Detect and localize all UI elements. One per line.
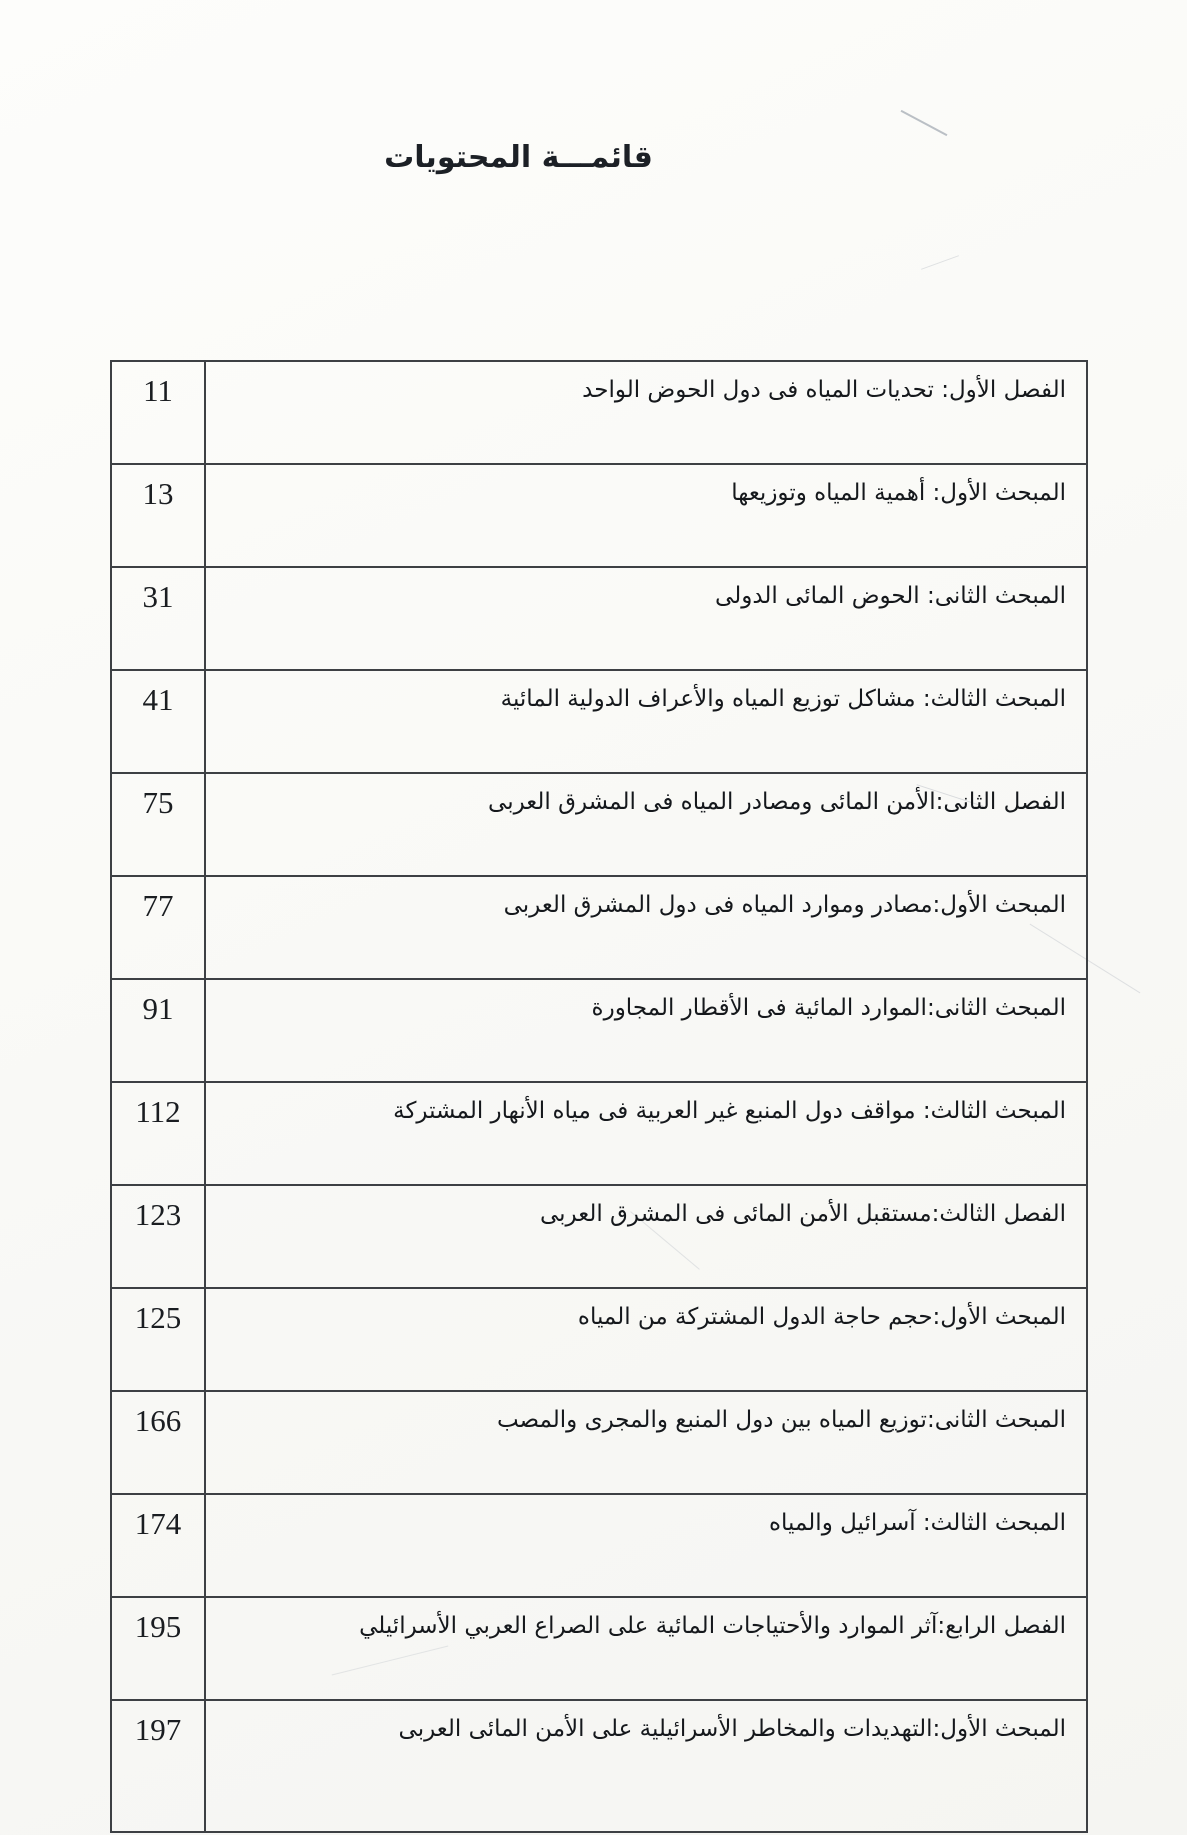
toc-entry-page-number: 174: [111, 1494, 205, 1597]
table-row: الفصل الأول: تحديات المياه فى دول الحوض …: [111, 361, 1087, 464]
table-row: المبحث الثالث: مشاكل توزيع المياه والأعر…: [111, 670, 1087, 773]
toc-entry-title: الفصل الأول: تحديات المياه فى دول الحوض …: [205, 361, 1087, 464]
scan-crease: [901, 110, 948, 136]
toc-entry-page-number: 166: [111, 1391, 205, 1494]
table-row: المبحث الثانى: الحوض المائى الدولى 31: [111, 567, 1087, 670]
table-row: المبحث الثالث: مواقف دول المنبع غير العر…: [111, 1082, 1087, 1185]
toc-entry-title: المبحث الثانى:الموارد المائية فى الأقطار…: [205, 979, 1087, 1082]
toc-entry-title: المبحث الثالث: مواقف دول المنبع غير العر…: [205, 1082, 1087, 1185]
table-row: الفصل الرابع:آثر الموارد والأحتياجات الم…: [111, 1597, 1087, 1700]
toc-table: الفصل الأول: تحديات المياه فى دول الحوض …: [110, 360, 1088, 1833]
toc-entry-page-number: 31: [111, 567, 205, 670]
page-title: قائمـــة المحتويات: [0, 140, 1037, 175]
toc-entry-title: الفصل الثالث:مستقبل الأمن المائى فى المش…: [205, 1185, 1087, 1288]
toc-entry-title: المبحث الثانى:توزيع المياه بين دول المنب…: [205, 1391, 1087, 1494]
scan-crease: [921, 255, 959, 270]
toc-entry-page-number: 91: [111, 979, 205, 1082]
toc-entry-page-number: 41: [111, 670, 205, 773]
toc-entry-page-number: 125: [111, 1288, 205, 1391]
toc-entry-title: الفصل الرابع:آثر الموارد والأحتياجات الم…: [205, 1597, 1087, 1700]
toc-entry-title: الفصل الثانى:الأمن المائى ومصادر المياه …: [205, 773, 1087, 876]
table-row: المبحث الأول: أهمية المياه وتوزيعها 13: [111, 464, 1087, 567]
toc-entry-page-number: 123: [111, 1185, 205, 1288]
toc-entry-page-number: 77: [111, 876, 205, 979]
toc-entry-page-number: 11: [111, 361, 205, 464]
toc-entry-title: المبحث الأول: أهمية المياه وتوزيعها: [205, 464, 1087, 567]
toc-entry-title: المبحث الأول:حجم حاجة الدول المشتركة من …: [205, 1288, 1087, 1391]
toc-entry-title: المبحث الثانى: الحوض المائى الدولى: [205, 567, 1087, 670]
toc-entry-title: المبحث الثالث: آسرائيل والمياه: [205, 1494, 1087, 1597]
toc-entry-page-number: 197: [111, 1700, 205, 1832]
table-row: المبحث الأول:التهديدات والمخاطر الأسرائي…: [111, 1700, 1087, 1832]
toc-entry-page-number: 112: [111, 1082, 205, 1185]
table-row: المبحث الثانى:الموارد المائية فى الأقطار…: [111, 979, 1087, 1082]
toc-entry-title: المبحث الثالث: مشاكل توزيع المياه والأعر…: [205, 670, 1087, 773]
toc-entry-title: المبحث الأول:التهديدات والمخاطر الأسرائي…: [205, 1700, 1087, 1832]
table-row: المبحث الثانى:توزيع المياه بين دول المنب…: [111, 1391, 1087, 1494]
toc-entry-page-number: 195: [111, 1597, 205, 1700]
table-row: الفصل الثالث:مستقبل الأمن المائى فى المش…: [111, 1185, 1087, 1288]
toc-entry-title: المبحث الأول:مصادر وموارد المياه فى دول …: [205, 876, 1087, 979]
table-row: الفصل الثانى:الأمن المائى ومصادر المياه …: [111, 773, 1087, 876]
toc-entry-page-number: 75: [111, 773, 205, 876]
toc-entry-page-number: 13: [111, 464, 205, 567]
table-row: المبحث الثالث: آسرائيل والمياه 174: [111, 1494, 1087, 1597]
table-row: المبحث الأول:حجم حاجة الدول المشتركة من …: [111, 1288, 1087, 1391]
table-row: المبحث الأول:مصادر وموارد المياه فى دول …: [111, 876, 1087, 979]
